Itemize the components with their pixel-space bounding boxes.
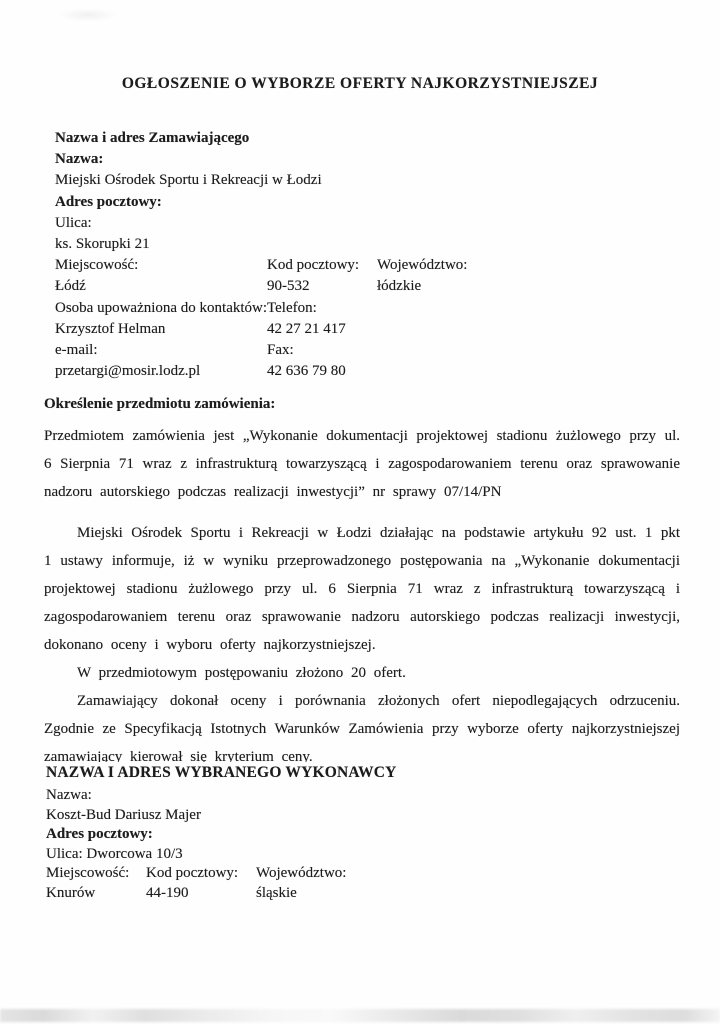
kontakt-value: Krzysztof Helman [55,319,267,340]
scanned-document-page: OGŁOSZENIE O WYBORZE OFERTY NAJKORZYSTNI… [0,0,720,1024]
wojewodztwo-value: łódzkie [377,276,421,297]
scan-artifact-top [58,8,118,22]
kontakt-label: Osoba upoważniona do kontaktów: [55,298,267,319]
zamawiajacy-ulica-value: ks. Skorupki 21 [55,234,685,255]
wykonawca-heading: NAZWA I ADRES WYBRANEGO WYKONAWCY [46,762,686,784]
wojewodztwo-label: Województwo: [377,255,467,276]
zamawiajacy-row-values-3: przetargi@mosir.lodz.pl42 636 79 80 [55,361,685,382]
document-title: OGŁOSZENIE O WYBORZE OFERTY NAJKORZYSTNI… [0,75,720,93]
zamawiajacy-ulica-label: Ulica: [55,213,685,234]
wykonawca-miejscowosc-value: Knurów [46,884,146,904]
wykonawca-ulica-line: Ulica: Dworcowa 10/3 [46,845,686,865]
wykonawca-adres-heading: Adres pocztowy: [46,825,686,845]
fax-label: Fax: [267,340,377,361]
wykonawca-wojewodztwo-value: śląskie [256,884,297,904]
email-label: e-mail: [55,340,267,361]
fax-value: 42 636 79 80 [267,361,377,382]
wykonawca-miejscowosc-label: Miejscowość: [46,864,146,884]
wykonawca-row-labels: Miejscowość:Kod pocztowy:Województwo: [46,864,686,884]
zamawiajacy-row-labels-2: Osoba upoważniona do kontaktów:Telefon: [55,298,685,319]
section-wybrany-wykonawca: NAZWA I ADRES WYBRANEGO WYKONAWCY Nazwa:… [46,762,686,904]
section-zamawiajacy: Nazwa i adres Zamawiającego Nazwa: Miejs… [55,128,685,382]
zamawiajacy-row-values-2: Krzysztof Helman42 27 21 417 [55,319,685,340]
kod-pocztowy-value: 90-532 [267,276,377,297]
scan-artifact-bottom-edge [0,1009,720,1022]
wykonawca-nazwa-label: Nazwa: [46,786,686,806]
zamawiajacy-nazwa-label: Nazwa: [55,149,685,170]
kod-pocztowy-label: Kod pocztowy: [267,255,377,276]
wykonawca-row-values: Knurów44-190śląskie [46,884,686,904]
wykonawca-kod-value: 44-190 [146,884,256,904]
wykonawca-wojewodztwo-label: Województwo: [256,864,346,884]
zamawiajacy-row-labels-3: e-mail:Fax: [55,340,685,361]
zamawiajacy-row-labels-1: Miejscowość:Kod pocztowy:Województwo: [55,255,685,276]
wykonawca-nazwa-value: Koszt-Bud Dariusz Majer [46,806,686,826]
miejscowosc-label: Miejscowość: [55,255,267,276]
przedmiot-oferty-paragraph: W przedmiotowym postępowaniu złożono 20 … [44,659,680,687]
przedmiot-kryterium-paragraph: Zamawiający dokonał oceny i porównania z… [44,687,680,771]
telefon-value: 42 27 21 417 [267,319,377,340]
przedmiot-heading: Określenie przedmiotu zamówienia: [44,394,680,415]
zamawiajacy-adres-heading: Adres pocztowy: [55,192,685,213]
section-przedmiot-zamowienia: Określenie przedmiotu zamówienia: Przedm… [44,394,680,771]
przedmiot-informacja-paragraph: Miejski Ośrodek Sportu i Rekreacji w Łod… [44,519,680,659]
zamawiajacy-nazwa-value: Miejski Ośrodek Sportu i Rekreacji w Łod… [55,170,685,191]
zamawiajacy-row-values-1: Łódź90-532łódzkie [55,276,685,297]
zamawiajacy-heading: Nazwa i adres Zamawiającego [55,128,685,149]
miejscowosc-value: Łódź [55,276,267,297]
telefon-label: Telefon: [267,298,377,319]
email-value: przetargi@mosir.lodz.pl [55,361,267,382]
wykonawca-kod-label: Kod pocztowy: [146,864,256,884]
przedmiot-opis-paragraph: Przedmiotem zamówienia jest „Wykonanie d… [44,422,680,506]
